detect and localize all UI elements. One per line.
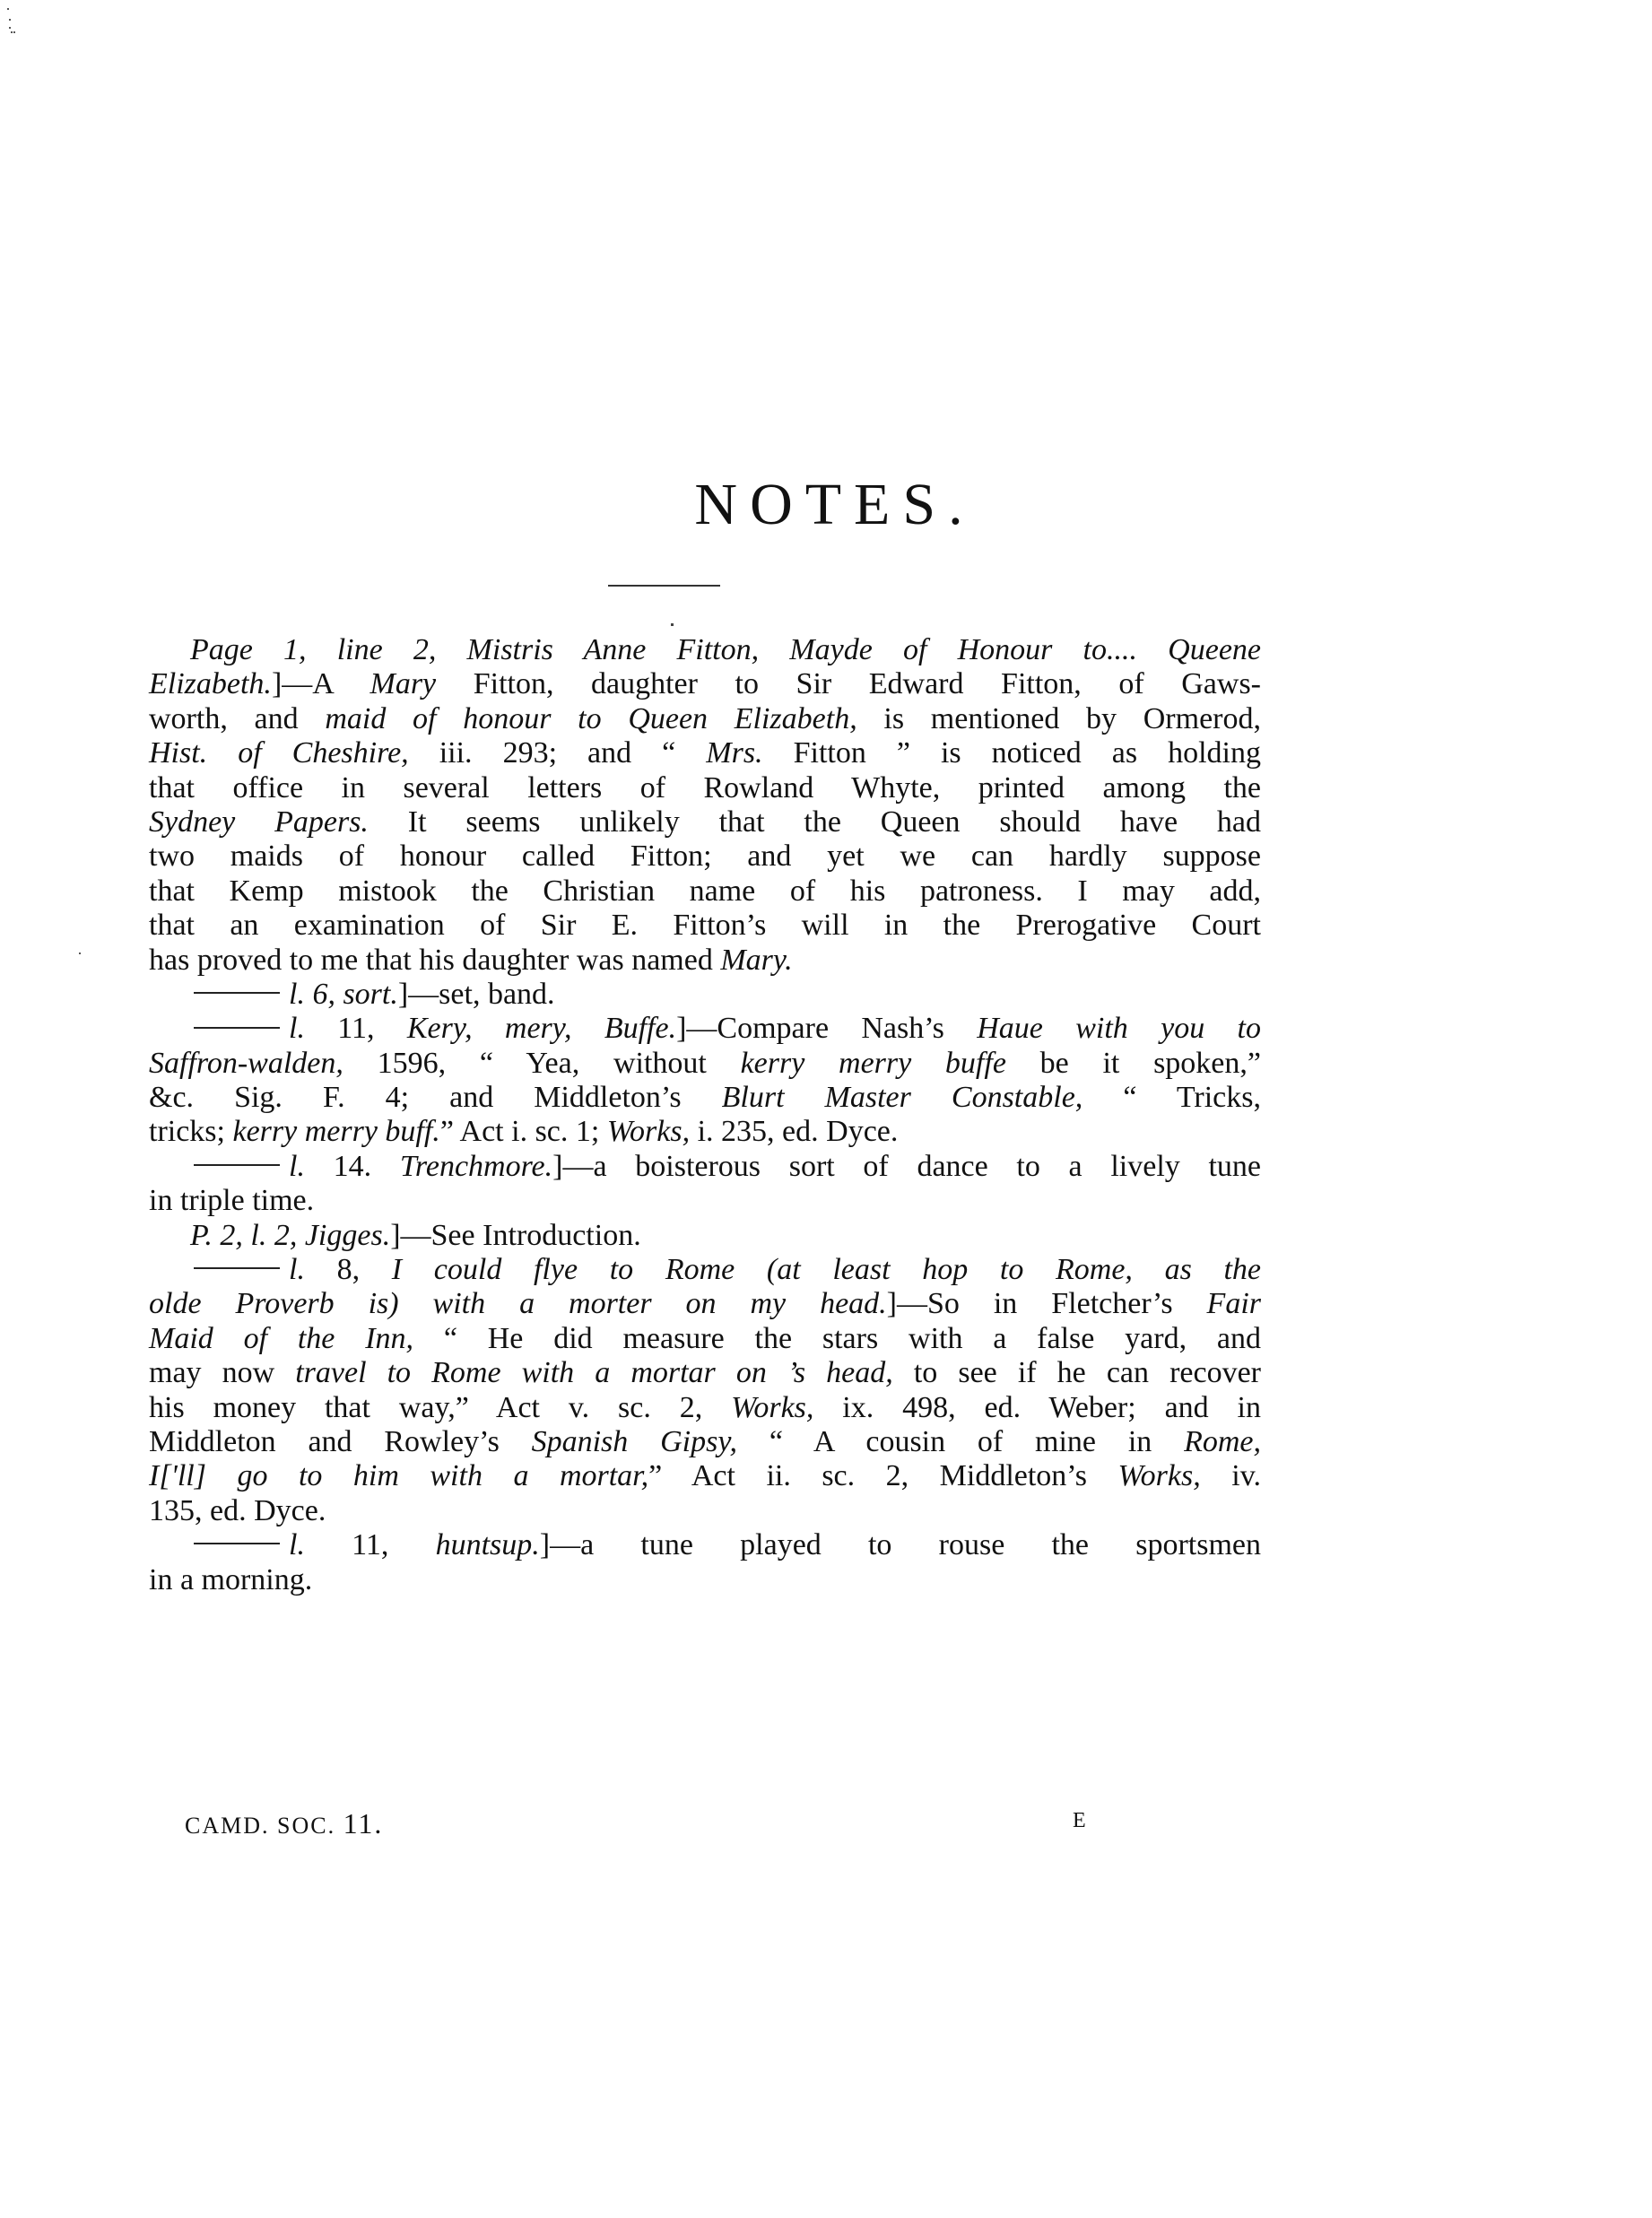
text-line: his money that way,” Act v. sc. 2, Works…: [149, 1391, 1261, 1425]
text-line: Hist. of Cheshire, iii. 293; and “ Mrs. …: [149, 736, 1261, 770]
text-line: &c. Sig. F. 4; and Middleton’s Blurt Mas…: [149, 1081, 1261, 1115]
text-span: to see if he can recover: [893, 1356, 1261, 1389]
text-line: that an examination of Sir E. Fitton’s w…: [149, 909, 1261, 943]
page-title: NOTES.: [0, 471, 1652, 539]
text-span: ix. 498, ed. Weber; and in: [813, 1391, 1261, 1424]
note-entry: P. 2, l. 2, Jigges.]—See Introduction.: [149, 1219, 1261, 1253]
italic-text: Maid of the Inn,: [149, 1322, 413, 1355]
text-span: ]—set, band.: [398, 978, 555, 1011]
scan-speck: [13, 31, 15, 33]
italic-text: Trenchmore.: [400, 1150, 552, 1183]
text-span: ]—Compare Nash’s: [676, 1012, 977, 1045]
text-span: Middleton and Rowley’s: [149, 1425, 532, 1458]
italic-text: I could flye to Rome (at least hop to Ro…: [392, 1253, 1261, 1286]
ditto-dash: [194, 1027, 280, 1029]
text-span: “ He did measure the stars with a false …: [413, 1322, 1261, 1355]
italic-text: l.: [289, 1253, 305, 1286]
note-entry: l. 11, huntsup.]—a tune played to rouse …: [149, 1528, 1261, 1597]
italic-text: travel to Rome with a mortar on ’s head,: [295, 1356, 893, 1389]
text-line: in a morning.: [149, 1563, 1261, 1597]
page-footer: CAMD. SOC. 11. E: [0, 1807, 1652, 1843]
text-line: l. 11, Kery, mery, Buffe.]—Compare Nash’…: [149, 1012, 1261, 1046]
text-line: P. 2, l. 2, Jigges.]—See Introduction.: [149, 1219, 1261, 1253]
text-span: Fitton, daughter to Sir Edward Fitton, o…: [436, 667, 1261, 700]
italic-text: l.: [289, 1012, 305, 1045]
text-line: Saffron-walden, 1596, “ Yea, without ker…: [149, 1047, 1261, 1081]
scan-speck: [9, 27, 11, 29]
italic-text: Fair: [1207, 1287, 1261, 1320]
italic-text: P. 2, l. 2, Jigges.: [190, 1219, 390, 1252]
italic-text: l.: [289, 1528, 305, 1561]
text-span: It seems unlikely that the Queen should …: [369, 805, 1261, 839]
text-span: ]—a boisterous sort of dance to a lively…: [552, 1150, 1261, 1183]
italic-text: l.: [289, 1150, 305, 1183]
text-line: I['ll] go to him with a mortar,” Act ii.…: [149, 1459, 1261, 1493]
italic-text: Spanish Gipsy,: [532, 1425, 737, 1458]
text-span: ” Act ii. sc. 2, Middleton’s: [648, 1459, 1117, 1492]
italic-text: Works,: [731, 1391, 813, 1424]
text-span: 14.: [305, 1150, 400, 1183]
text-span: worth, and: [149, 702, 325, 735]
italic-text: Mary: [370, 667, 437, 700]
text-span: 1596, “ Yea, without: [343, 1047, 741, 1080]
text-span: 11,: [305, 1528, 436, 1561]
italic-text: Mary.: [720, 944, 792, 977]
italic-text: Elizabeth.: [149, 667, 272, 700]
text-line: that Kemp mistook the Christian name of …: [149, 874, 1261, 909]
text-span: 11,: [305, 1012, 407, 1045]
text-line: that office in several letters of Rowlan…: [149, 771, 1261, 805]
italic-text: Mrs.: [706, 736, 762, 770]
text-line: Middleton and Rowley’s Spanish Gipsy, “ …: [149, 1425, 1261, 1459]
text-line: 135, ed. Dyce.: [149, 1494, 1261, 1528]
italic-text: I['ll] go to him with a mortar,: [149, 1459, 648, 1492]
italic-text: Blurt Master Constable,: [722, 1081, 1083, 1114]
signature-line: CAMD. SOC. 11.: [185, 1807, 383, 1840]
scan-speck: [7, 8, 9, 10]
signature-mark: E: [1073, 1809, 1086, 1833]
text-span: iv.: [1201, 1459, 1261, 1492]
italic-text: Saffron-walden,: [149, 1047, 343, 1080]
italic-text: kerry merry buff.: [232, 1115, 439, 1148]
italic-text: Works,: [1117, 1459, 1200, 1492]
italic-text: Sydney Papers.: [149, 805, 369, 839]
italic-text: Works,: [607, 1115, 690, 1148]
italic-text: Page 1, line 2, Mistris Anne Fitton, May…: [190, 633, 1261, 666]
text-line: l. 8, I could flye to Rome (at least hop…: [149, 1253, 1261, 1287]
text-span: &c. Sig. F. 4; and Middleton’s: [149, 1081, 722, 1114]
text-span: that office in several letters of Rowlan…: [149, 771, 1261, 805]
scan-speck: [11, 31, 13, 33]
text-line: l. 11, huntsup.]—a tune played to rouse …: [149, 1528, 1261, 1562]
note-entry: Page 1, line 2, Mistris Anne Fitton, May…: [149, 633, 1261, 978]
italic-text: l. 6, sort.: [289, 978, 398, 1011]
text-span: tricks;: [149, 1115, 232, 1148]
text-span: in a morning.: [149, 1563, 312, 1596]
ditto-dash: [194, 1267, 280, 1269]
scan-speck: [79, 952, 81, 954]
text-line: worth, and maid of honour to Queen Eliza…: [149, 702, 1261, 736]
text-line: in triple time.: [149, 1184, 1261, 1218]
text-span: 135, ed. Dyce.: [149, 1494, 326, 1527]
text-span: ” Act i. sc. 1;: [440, 1115, 607, 1148]
text-span: “ A cousin of mine in: [737, 1425, 1184, 1458]
text-line: l. 6, sort.]—set, band.: [149, 978, 1261, 1012]
italic-text: Kery, mery, Buffe.: [407, 1012, 676, 1045]
text-span: that an examination of Sir E. Fitton’s w…: [149, 909, 1261, 942]
italic-text: Rome,: [1184, 1425, 1261, 1458]
text-line: Elizabeth.]—A Mary Fitton, daughter to S…: [149, 667, 1261, 701]
text-span: “ Tricks,: [1082, 1081, 1261, 1114]
scan-speck: [9, 19, 11, 21]
text-span: iii. 293; and “: [409, 736, 707, 770]
notes-body: Page 1, line 2, Mistris Anne Fitton, May…: [149, 633, 1261, 1597]
italic-text: olde Proverb is) with a morter on my hea…: [149, 1287, 887, 1320]
text-line: l. 14. Trenchmore.]—a boisterous sort of…: [149, 1150, 1261, 1184]
italic-text: Haue with you to: [977, 1012, 1261, 1045]
text-span: ]—A: [272, 667, 370, 700]
text-line: olde Proverb is) with a morter on my hea…: [149, 1287, 1261, 1321]
text-span: in triple time.: [149, 1184, 314, 1217]
text-span: ]—a tune played to rouse the sportsmen: [540, 1528, 1261, 1561]
italic-text: Hist. of Cheshire,: [149, 736, 409, 770]
title-divider: [608, 585, 720, 587]
text-span: his money that way,” Act v. sc. 2,: [149, 1391, 731, 1424]
text-span: may now: [149, 1356, 295, 1389]
text-line: Page 1, line 2, Mistris Anne Fitton, May…: [149, 633, 1261, 667]
italic-text: huntsup.: [436, 1528, 540, 1561]
text-line: may now travel to Rome with a mortar on …: [149, 1356, 1261, 1390]
text-line: Maid of the Inn, “ He did measure the st…: [149, 1322, 1261, 1356]
signature-society: CAMD. SOC.: [185, 1813, 335, 1839]
note-entry: l. 6, sort.]—set, band.: [149, 978, 1261, 1012]
text-line: two maids of honour called Fitton; and y…: [149, 839, 1261, 874]
text-span: two maids of honour called Fitton; and y…: [149, 839, 1261, 873]
text-span: that Kemp mistook the Christian name of …: [149, 874, 1261, 908]
text-line: tricks; kerry merry buff.” Act i. sc. 1;…: [149, 1115, 1261, 1149]
divider-dot: [671, 623, 674, 626]
text-span: 8,: [305, 1253, 392, 1286]
ditto-dash: [194, 1164, 280, 1166]
ditto-dash: [194, 992, 280, 994]
ditto-dash: [194, 1543, 280, 1544]
text-span: Fitton ” is noticed as holding: [763, 736, 1261, 770]
text-span: has proved to me that his daughter was n…: [149, 944, 720, 977]
text-line: Sydney Papers. It seems unlikely that th…: [149, 805, 1261, 839]
signature-number: 11.: [343, 1807, 384, 1840]
text-line: has proved to me that his daughter was n…: [149, 944, 1261, 978]
text-span: is mentioned by Ormerod,: [857, 702, 1261, 735]
text-span: be it spoken,”: [1006, 1047, 1261, 1080]
italic-text: maid of honour to Queen Elizabeth,: [325, 702, 856, 735]
note-entry: l. 11, Kery, mery, Buffe.]—Compare Nash’…: [149, 1012, 1261, 1150]
note-entry: l. 14. Trenchmore.]—a boisterous sort of…: [149, 1150, 1261, 1219]
text-span: i. 235, ed. Dyce.: [690, 1115, 898, 1148]
note-entry: l. 8, I could flye to Rome (at least hop…: [149, 1253, 1261, 1528]
text-span: ]—See Introduction.: [390, 1219, 641, 1252]
italic-text: kerry merry buffe: [741, 1047, 1006, 1080]
text-span: ]—So in Fletcher’s: [887, 1287, 1207, 1320]
